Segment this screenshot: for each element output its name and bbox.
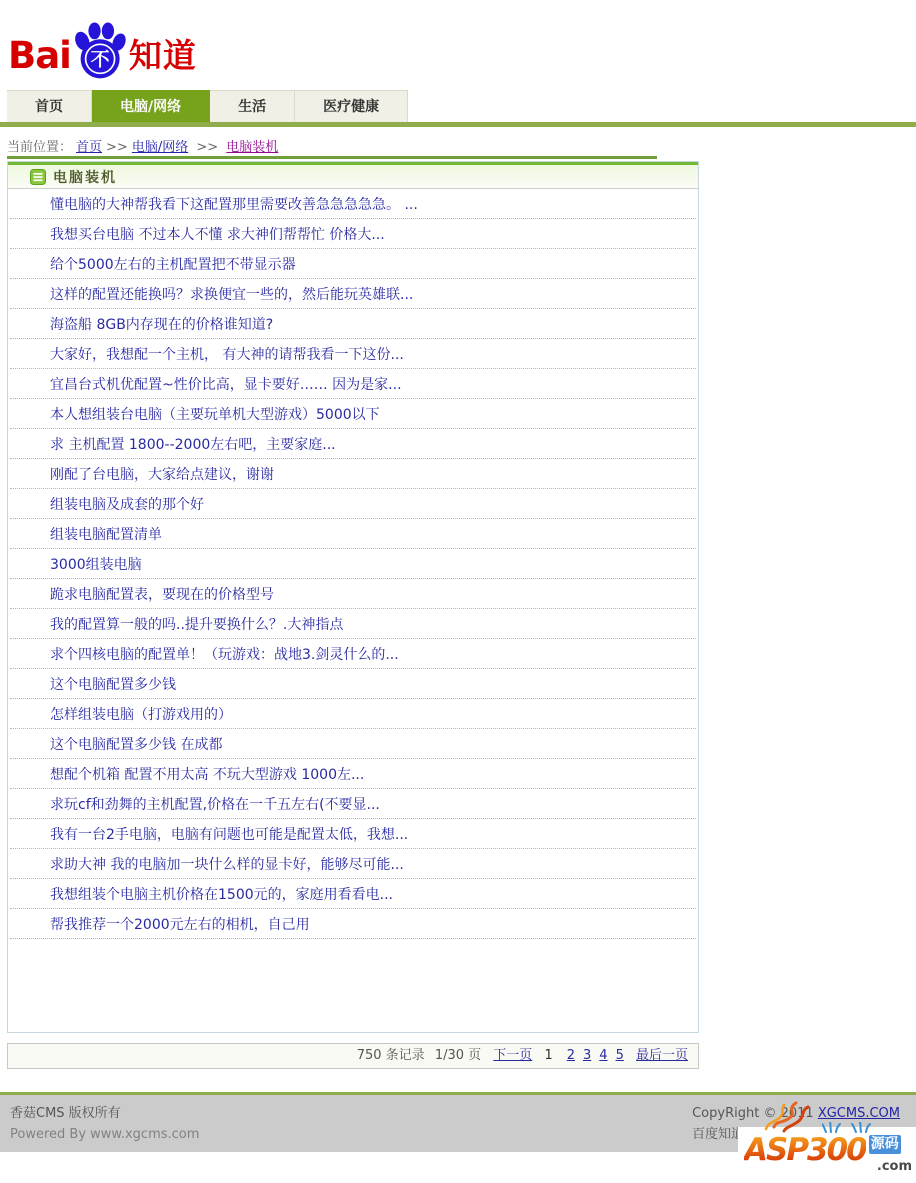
yuanma-badge: 源码 <box>869 1135 901 1154</box>
footer-copyright-cn: 香菇CMS 版权所有 <box>10 1103 199 1124</box>
site-logo[interactable]: Bai 不 知道 <box>8 12 197 74</box>
baidu-paw-icon: 不 <box>71 22 127 80</box>
logo-zhidao-text: 知道 <box>129 39 197 74</box>
breadcrumb-home-link[interactable]: 首页 <box>76 140 102 155</box>
list-item: 组装电脑及成套的那个好 <box>10 489 696 519</box>
breadcrumb-category-link[interactable]: 电脑/网络 <box>132 140 188 155</box>
question-link[interactable]: 求个四核电脑的配置单！（玩游戏：战地3.剑灵什么的... <box>50 647 399 663</box>
question-link[interactable]: 我的配置算一般的吗..提升要换什么？.大神指点 <box>50 617 343 633</box>
page-link[interactable]: 4 <box>599 1048 607 1063</box>
question-link[interactable]: 求玩cf和劲舞的主机配置,价格在一千五左右(不要显... <box>50 797 380 813</box>
question-link[interactable]: 海盗船 8GB内存现在的价格谁知道? <box>50 317 273 333</box>
list-item: 海盗船 8GB内存现在的价格谁知道? <box>10 309 696 339</box>
list-item: 组装电脑配置清单 <box>10 519 696 549</box>
dotcom-text: .com <box>877 1159 912 1174</box>
question-link[interactable]: 这个电脑配置多少钱 在成都 <box>50 737 222 753</box>
question-link[interactable]: 我想组装个电脑主机价格在1500元的，家庭用看看电... <box>50 887 393 903</box>
record-count: 750 条记录 <box>357 1048 425 1063</box>
list-item: 这个电脑配置多少钱 <box>10 669 696 699</box>
eye-lashes-icon <box>822 1119 878 1131</box>
list-item: 求助大神 我的电脑加一块什么样的显卡好，能够尽可能... <box>10 849 696 879</box>
question-link[interactable]: 帮我推荐一个2000元左右的相机，自己用 <box>50 917 310 933</box>
nav-tab[interactable]: 首页 <box>7 90 92 123</box>
question-link[interactable]: 刚配了台电脑，大家给点建议，谢谢 <box>50 467 274 483</box>
question-link[interactable]: 本人想组装台电脑（主要玩单机大型游戏）5000以下 <box>50 407 380 423</box>
page-link[interactable]: 2 <box>567 1048 575 1063</box>
page-link[interactable]: 3 <box>583 1048 591 1063</box>
list-item: 宜昌台式机优配置~性价比高，显卡要好…… 因为是家... <box>10 369 696 399</box>
next-page-link[interactable]: 下一页 <box>493 1048 532 1063</box>
list-item: 我想组装个电脑主机价格在1500元的，家庭用看看电... <box>10 879 696 909</box>
list-item: 想配个机箱 配置不用太高 不玩大型游戏 1000左... <box>10 759 696 789</box>
breadcrumb-sep: >> <box>106 140 128 155</box>
question-link[interactable]: 跪求电脑配置表，要现在的价格型号 <box>50 587 274 603</box>
list-item: 这样的配置还能换吗？求换便宜一些的，然后能玩英雄联... <box>10 279 696 309</box>
current-page: 1 <box>544 1048 552 1063</box>
page-links: 2345 <box>559 1048 624 1063</box>
question-link[interactable]: 3000组装电脑 <box>50 557 142 573</box>
question-link[interactable]: 求助大神 我的电脑加一块什么样的显卡好，能够尽可能... <box>50 857 404 873</box>
list-item: 跪求电脑配置表，要现在的价格型号 <box>10 579 696 609</box>
list-item: 我有一台2手电脑，电脑有问题也可能是配置太低，我想... <box>10 819 696 849</box>
page-info: 1/30 页 <box>435 1048 481 1063</box>
main-nav: 首页 电脑/网络 生活 医疗健康 <box>7 90 408 123</box>
question-link[interactable]: 我有一台2手电脑，电脑有问题也可能是配置太低，我想... <box>50 827 408 843</box>
question-list-panel: 电脑装机 懂电脑的大神帮我看下这配置那里需要改善急急急急急。 ... 我想买台电… <box>7 161 699 1033</box>
list-item: 给个5000左右的主机配置把不带显示器 <box>10 249 696 279</box>
list-item: 这个电脑配置多少钱 在成都 <box>10 729 696 759</box>
list-item: 求 主机配置 1800--2000左右吧，主要家庭... <box>10 429 696 459</box>
breadcrumb-prefix: 当前位置： <box>7 140 72 155</box>
asp300-logo: ASP300 源码 .com <box>738 1127 916 1183</box>
question-list: 懂电脑的大神帮我看下这配置那里需要改善急急急急急。 ... 我想买台电脑 不过本… <box>8 189 698 939</box>
footer-left: 香菇CMS 版权所有 Powered By www.xgcms.com <box>10 1103 199 1145</box>
nav-tab[interactable]: 电脑/网络 <box>92 90 210 123</box>
pagination-bar: 750 条记录 1/30 页 下一页 12345 最后一页 <box>7 1043 699 1069</box>
page-link[interactable]: 5 <box>616 1048 624 1063</box>
list-icon <box>30 169 46 185</box>
list-item: 3000组装电脑 <box>10 549 696 579</box>
svg-text:不: 不 <box>90 49 109 71</box>
question-link[interactable]: 想配个机箱 配置不用太高 不玩大型游戏 1000左... <box>50 767 364 783</box>
list-item: 本人想组装台电脑（主要玩单机大型游戏）5000以下 <box>10 399 696 429</box>
list-panel-header: 电脑装机 <box>8 162 698 189</box>
question-link[interactable]: 这个电脑配置多少钱 <box>50 677 176 693</box>
question-link[interactable]: 组装电脑配置清单 <box>50 527 162 543</box>
breadcrumb-divider <box>7 156 657 159</box>
question-link[interactable]: 给个5000左右的主机配置把不带显示器 <box>50 257 296 273</box>
question-link[interactable]: 大家好，我想配一个主机， 有大神的请帮我看一下这份... <box>50 347 404 363</box>
list-item: 我的配置算一般的吗..提升要换什么？.大神指点 <box>10 609 696 639</box>
asp300-text: ASP300 <box>744 1135 866 1166</box>
question-link[interactable]: 怎样组装电脑（打游戏用的） <box>50 707 232 723</box>
list-item: 我想买台电脑 不过本人不懂 求大神们帮帮忙 价格大... <box>10 219 696 249</box>
list-item: 帮我推荐一个2000元左右的相机，自己用 <box>10 909 696 939</box>
list-item: 怎样组装电脑（打游戏用的） <box>10 699 696 729</box>
question-link[interactable]: 懂电脑的大神帮我看下这配置那里需要改善急急急急急。 ... <box>50 197 418 213</box>
nav-underline-bar <box>0 122 916 127</box>
last-page-link[interactable]: 最后一页 <box>636 1048 688 1063</box>
list-item: 懂电脑的大神帮我看下这配置那里需要改善急急急急急。 ... <box>10 189 696 219</box>
breadcrumb-current-link[interactable]: 电脑装机 <box>226 140 278 155</box>
question-link[interactable]: 宜昌台式机优配置~性价比高，显卡要好…… 因为是家... <box>50 377 402 393</box>
question-link[interactable]: 求 主机配置 1800--2000左右吧，主要家庭... <box>50 437 336 453</box>
list-item: 刚配了台电脑，大家给点建议，谢谢 <box>10 459 696 489</box>
flame-icon <box>756 1101 816 1135</box>
question-link[interactable]: 组装电脑及成套的那个好 <box>50 497 204 513</box>
list-panel-title: 电脑装机 <box>53 167 117 187</box>
list-item: 求个四核电脑的配置单！（玩游戏：战地3.剑灵什么的... <box>10 639 696 669</box>
breadcrumb-sep2: >> <box>196 140 218 155</box>
question-link[interactable]: 这样的配置还能换吗？求换便宜一些的，然后能玩英雄联... <box>50 287 413 303</box>
list-item: 大家好，我想配一个主机， 有大神的请帮我看一下这份... <box>10 339 696 369</box>
logo-bai-text: Bai <box>8 37 71 74</box>
question-link[interactable]: 我想买台电脑 不过本人不懂 求大神们帮帮忙 价格大... <box>50 227 385 243</box>
nav-tab[interactable]: 医疗健康 <box>295 90 408 123</box>
nav-tab[interactable]: 生活 <box>210 90 295 123</box>
breadcrumb: 当前位置：首页>>电脑/网络 >> 电脑装机 <box>7 136 282 155</box>
footer-powered-by: Powered By www.xgcms.com <box>10 1124 199 1145</box>
list-item: 求玩cf和劲舞的主机配置,价格在一千五左右(不要显... <box>10 789 696 819</box>
